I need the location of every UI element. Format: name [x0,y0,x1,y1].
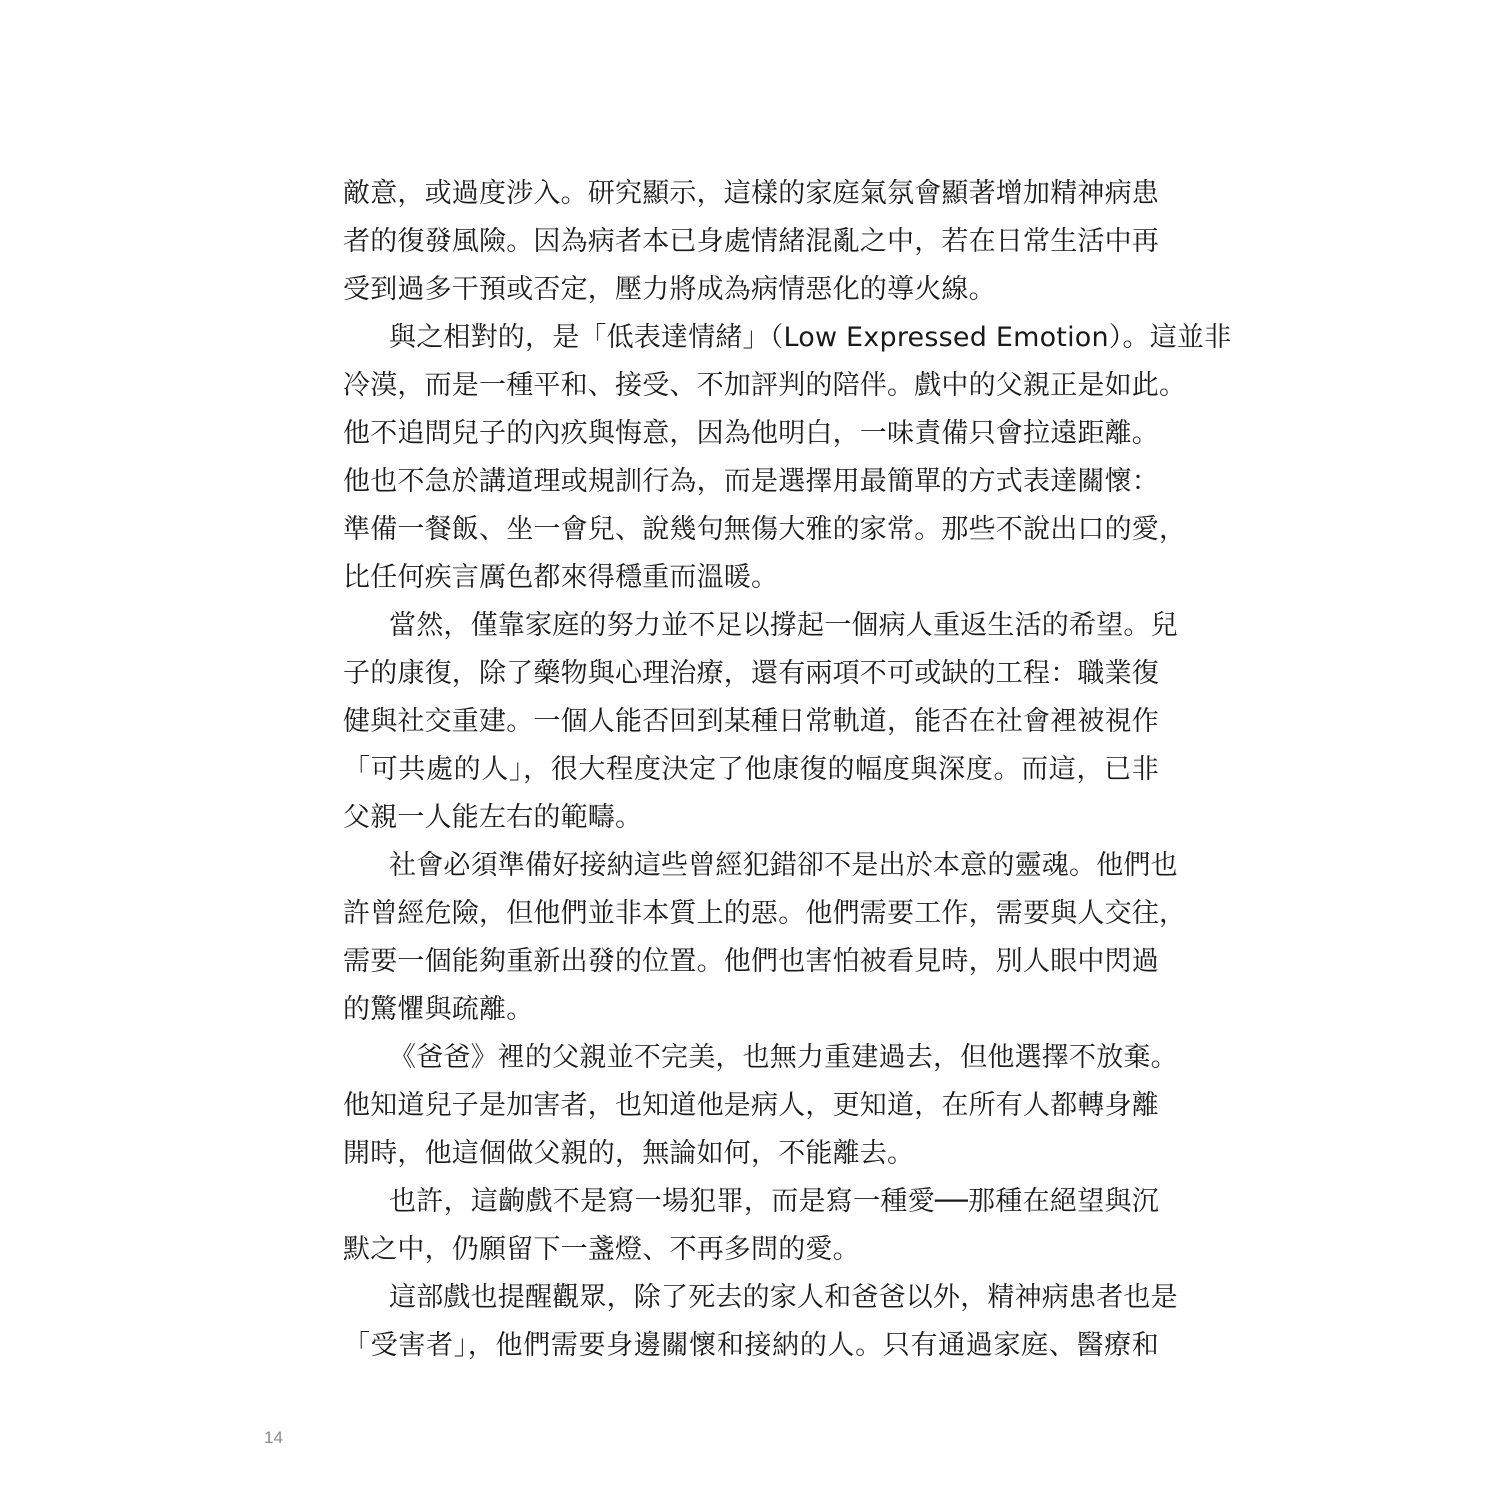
text-line: 敵意，或過度涉入。研究顯示，這樣的家庭氣氛會顯著增加精神病患 [343,170,1159,218]
text-line: 與之相對的，是「低表達情緒」（Low Expressed Emotion）。這並… [343,314,1159,362]
text-line: 父親一人能左右的範疇。 [343,794,1159,842]
text-line: 他不追問兒子的內疚與悔意，因為他明白，一味責備只會拉遠距離。 [343,410,1159,458]
text-line: 子的康復，除了藥物與心理治療，還有兩項不可或缺的工程：職業復 [343,650,1159,698]
text-line: 他知道兒子是加害者，也知道他是病人，更知道，在所有人都轉身離 [343,1082,1159,1130]
text-line: 冷漠，而是一種平和、接受、不加評判的陪伴。戲中的父親正是如此。 [343,362,1159,410]
text-line: 比任何疾言厲色都來得穩重而溫暖。 [343,554,1159,602]
text-line: 的驚懼與疏離。 [343,986,1159,1034]
text-line: 當然，僅靠家庭的努力並不足以撐起一個病人重返生活的希望。兒 [343,602,1159,650]
text-line: 這部戲也提醒觀眾，除了死去的家人和爸爸以外，精神病患者也是 [343,1274,1159,1322]
text-line: 他也不急於講道理或規訓行為，而是選擇用最簡單的方式表達關懷： [343,458,1159,506]
text-line: 社會必須準備好接納這些曾經犯錯卻不是出於本意的靈魂。他們也 [343,842,1159,890]
document-page: 敵意，或過度涉入。研究顯示，這樣的家庭氣氛會顯著增加精神病患者的復發風險。因為病… [0,0,1500,1500]
text-line: 健與社交重建。一個人能否回到某種日常軌道，能否在社會裡被視作 [343,698,1159,746]
text-line: 者的復發風險。因為病者本已身處情緒混亂之中，若在日常生活中再 [343,218,1159,266]
page-number: 14 [264,1428,283,1448]
text-line: 默之中，仍願留下一盞燈、不再多問的愛。 [343,1226,1159,1274]
text-line: 《爸爸》裡的父親並不完美，也無力重建過去，但他選擇不放棄。 [343,1034,1159,1082]
text-line: 準備一餐飯、坐一會兒、說幾句無傷大雅的家常。那些不說出口的愛， [343,506,1159,554]
text-line: 也許，這齣戲不是寫一場犯罪，而是寫一種愛──那種在絕望與沉 [343,1178,1159,1226]
text-line: 「可共處的人」，很大程度決定了他康復的幅度與深度。而這，已非 [343,746,1159,794]
text-line: 許曾經危險，但他們並非本質上的惡。他們需要工作，需要與人交往， [343,890,1159,938]
text-line: 受到過多干預或否定，壓力將成為病情惡化的導火線。 [343,266,1159,314]
body-text: 敵意，或過度涉入。研究顯示，這樣的家庭氣氛會顯著增加精神病患者的復發風險。因為病… [343,170,1159,1370]
text-line: 「受害者」，他們需要身邊關懷和接納的人。只有通過家庭、醫療和 [343,1322,1159,1370]
text-line: 開時，他這個做父親的，無論如何，不能離去。 [343,1130,1159,1178]
text-line: 需要一個能夠重新出發的位置。他們也害怕被看見時，別人眼中閃過 [343,938,1159,986]
